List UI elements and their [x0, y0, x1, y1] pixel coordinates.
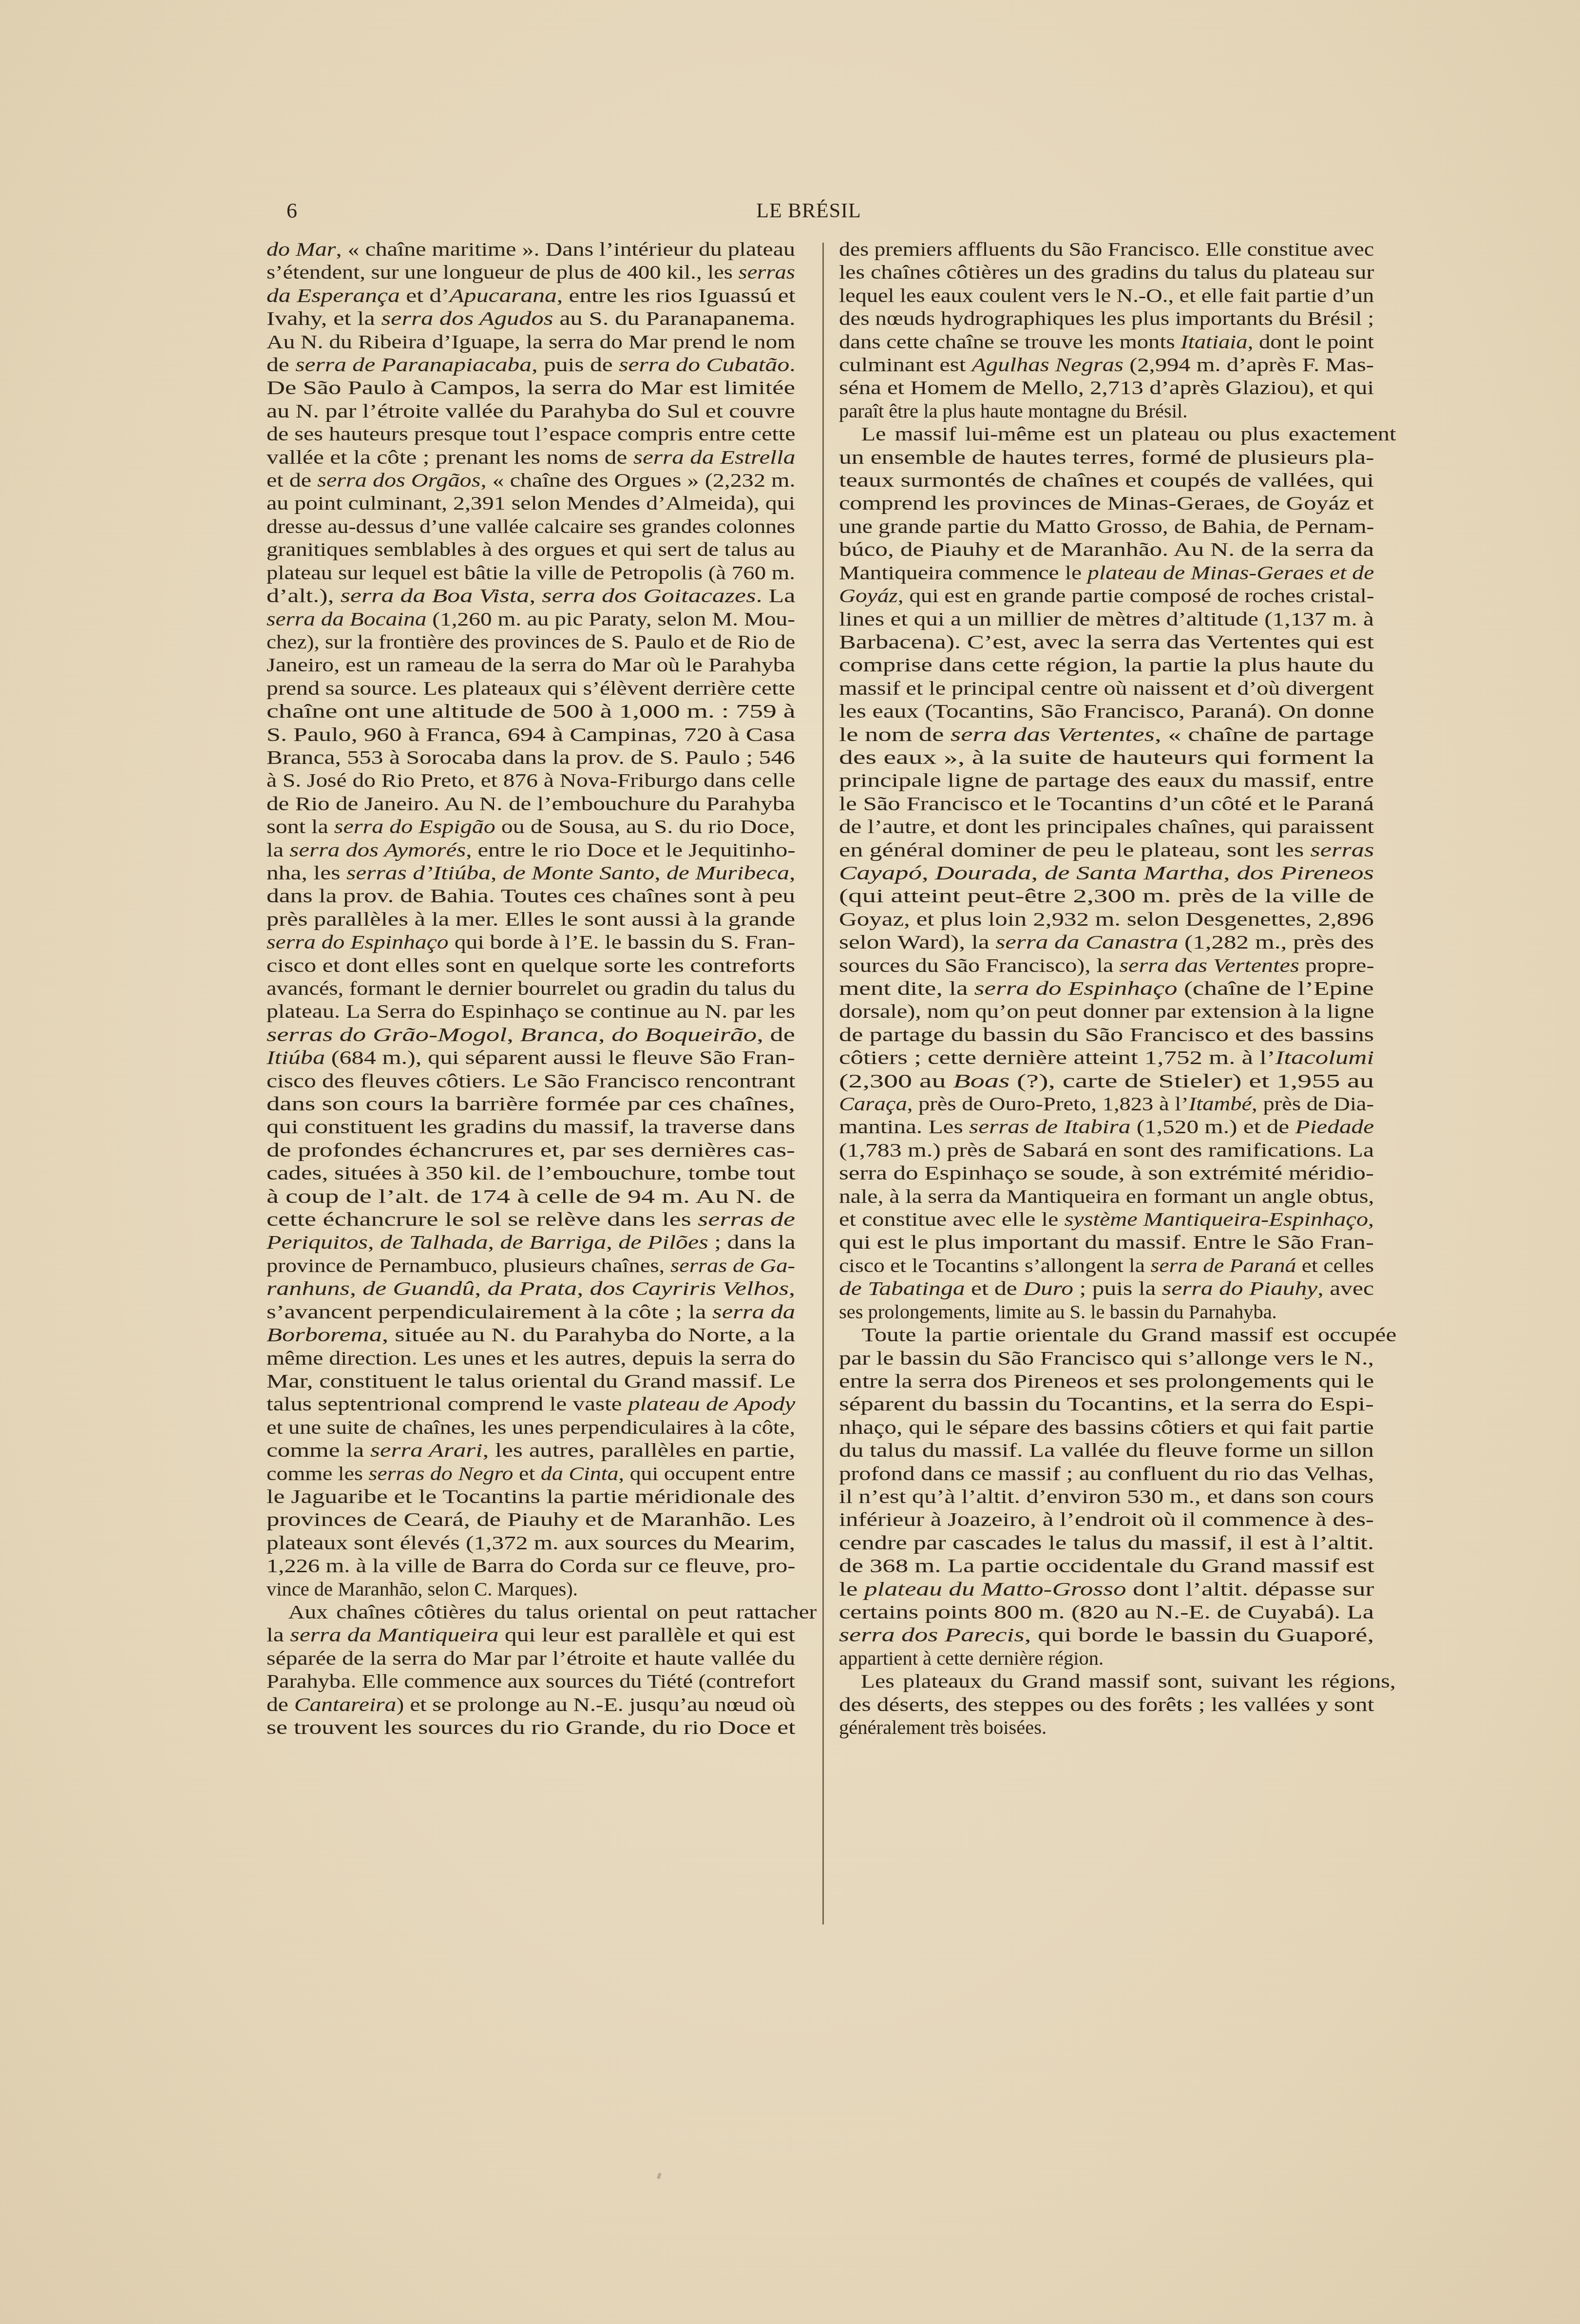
text-line: généralement très boisées. — [839, 1716, 1047, 1739]
text-line: certains points 800 m. (820 au N.-E. de … — [839, 1600, 1374, 1623]
column-divider — [822, 243, 824, 1924]
text-line: une grande partie du Matto Grosso, de Ba… — [839, 515, 1374, 538]
text-line: il n’est qu’à l’altit. d’environ 530 m.,… — [839, 1485, 1374, 1508]
text-line: búco, de Piauhy et de Maranhão. Au N. de… — [839, 538, 1374, 561]
text-line: comme les serras do Negro et da Cinta, q… — [267, 1462, 795, 1485]
text-line: la serra dos Aymorés, entre le rio Doce … — [267, 838, 795, 861]
text-line: et de serra dos Orgãos, « chaîne des Org… — [267, 469, 795, 492]
text-line: sont la serra do Espigão ou de Sousa, au… — [267, 815, 795, 838]
text-line: nha, les serras d’Itiúba, de Monte Santo… — [267, 861, 795, 884]
text-line: nale, à la serra da Mantiqueira en forma… — [839, 1185, 1374, 1208]
text-line: de Rio de Janeiro. Au N. de l’embouchure… — [267, 792, 795, 815]
text-line: cette échancrure le sol se relève dans l… — [267, 1208, 795, 1231]
right-column: des premiers affluents du São Francisco.… — [839, 238, 1374, 1739]
text-line: Le massif lui-même est un plateau ou plu… — [839, 422, 1396, 445]
text-line: au point culminant, 2,391 selon Mendes d… — [267, 492, 795, 514]
text-line: même direction. Les unes et les autres, … — [267, 1347, 795, 1370]
text-line: nhaço, qui le sépare des bassins côtiers… — [839, 1416, 1374, 1439]
text-line: entre la serra dos Pireneos et ses prolo… — [839, 1370, 1374, 1392]
text-line: s’avancent perpendiculairement à la côte… — [267, 1300, 795, 1323]
text-line: Ivahy, et la serra dos Agudos au S. du P… — [267, 307, 795, 330]
text-line: Itiúba (684 m.), qui séparent aussi le f… — [267, 1046, 795, 1069]
text-line: des eaux », à la suite de hauteurs qui f… — [839, 746, 1374, 769]
text-line: Periquitos, de Talhada, de Barriga, de P… — [267, 1231, 795, 1254]
text-line: le Jaguaribe et le Tocantins la partie m… — [267, 1485, 795, 1508]
text-line: lequel les eaux coulent vers le N.-O., e… — [839, 284, 1374, 307]
text-line: de 368 m. La partie occidentale du Grand… — [839, 1554, 1374, 1577]
text-line: des nœuds hydrographiques les plus impor… — [839, 307, 1374, 330]
text-line: les eaux (Tocantins, São Francisco, Para… — [839, 700, 1374, 723]
text-line: le plateau du Matto-Grosso dont l’altit.… — [839, 1578, 1374, 1600]
text-line: les chaînes côtières un des gradins du t… — [839, 261, 1374, 284]
text-line: et constitue avec elle le système Mantiq… — [839, 1208, 1374, 1231]
text-line: inférieur à Joazeiro, à l’endroit où il … — [839, 1508, 1374, 1531]
text-line: de profondes échancrures et, par ses der… — [267, 1139, 795, 1162]
text-line: S. Paulo, 960 à Franca, 694 à Campinas, … — [267, 723, 795, 746]
text-line: le São Francisco et le Tocantins d’un cô… — [839, 792, 1374, 815]
text-line: se trouvent les sources du rio Grande, d… — [267, 1716, 795, 1739]
text-line: ment dite, la serra do Espinhaço (chaîne… — [839, 977, 1374, 1000]
text-line: Mantiqueira commence le plateau de Minas… — [839, 561, 1374, 584]
text-line: da Esperança et d’Apucarana, entre les r… — [267, 284, 795, 307]
text-line: profond dans ce massif ; au confluent du… — [839, 1462, 1374, 1485]
text-line: plateaux sont élevés (1,372 m. aux sourc… — [267, 1531, 795, 1554]
text-line: de partage du bassin du São Francisco et… — [839, 1023, 1374, 1046]
text-line: du talus du massif. La vallée du fleuve … — [839, 1439, 1374, 1462]
text-line: do Mar, « chaîne maritime ». Dans l’inté… — [267, 238, 795, 261]
text-line: cisco et le Tocantins s’allongent la ser… — [839, 1254, 1374, 1277]
text-line: dans cette chaîne se trouve les monts It… — [839, 330, 1374, 353]
text-line: Borborema, située au N. du Parahyba do N… — [267, 1323, 795, 1346]
text-line: cisco des fleuves côtiers. Le São Franci… — [267, 1069, 795, 1092]
text-line: 1,226 m. à la ville de Barra do Corda su… — [267, 1554, 795, 1577]
text-line: Goyáz, qui est en grande partie composé … — [839, 584, 1374, 607]
text-line: serras do Grão-Mogol, Branca, do Boqueir… — [267, 1023, 795, 1046]
text-line: teaux surmontés de chaînes et coupés de … — [839, 469, 1374, 492]
text-line: dorsale), nom qu’on peut donner par exte… — [839, 1000, 1374, 1023]
text-line: d’alt.), serra da Boa Vista, serra dos G… — [267, 584, 795, 607]
text-line: un ensemble de hautes terres, formé de p… — [839, 446, 1374, 469]
text-line: des déserts, des steppes ou des forêts ;… — [839, 1693, 1374, 1716]
text-line: de Tabatinga et de Duro ; puis la serra … — [839, 1277, 1374, 1300]
text-line: à S. José do Rio Preto, et 876 à Nova-Fr… — [267, 769, 795, 792]
text-line: chaîne ont une altitude de 500 à 1,000 m… — [267, 700, 795, 723]
text-line: comprise dans cette région, la partie la… — [839, 653, 1374, 676]
text-line: plateau sur lequel est bâtie la ville de… — [267, 561, 795, 584]
text-line: comme la serra Arari, les autres, parall… — [267, 1439, 795, 1462]
text-line: massif et le principal centre où naissen… — [839, 677, 1374, 700]
text-line: Janeiro, est un rameau de la serra do Ma… — [267, 653, 795, 676]
text-line: sources du São Francisco), la serra das … — [839, 954, 1374, 977]
text-line: de serra de Paranapiacaba, puis de serra… — [267, 353, 795, 376]
text-line: (2,300 au Boas (?), carte de Stieler) et… — [839, 1069, 1374, 1092]
text-line: et une suite de chaînes, les unes perpen… — [267, 1416, 795, 1439]
text-line: cades, situées à 350 kil. de l’embouchur… — [267, 1162, 795, 1184]
text-line: cendre par cascades le talus du massif, … — [839, 1531, 1374, 1554]
text-line: au N. par l’étroite vallée du Parahyba d… — [267, 400, 795, 422]
text-line: (1,783 m.) près de Sabará en sont des ra… — [839, 1139, 1374, 1162]
text-line: chez), sur la frontière des provinces de… — [267, 630, 795, 653]
text-line: paraît être la plus haute montagne du Br… — [839, 400, 1187, 422]
text-line: talus septentrional comprend le vaste pl… — [267, 1392, 795, 1415]
text-line: vallée et la côte ; prenant les noms de … — [267, 446, 795, 469]
text-line: plateau. La Serra do Espinhaço se contin… — [267, 1000, 795, 1023]
text-line: séparent du bassin du Tocantins, et la s… — [839, 1392, 1374, 1415]
text-line: près parallèles à la mer. Elles le sont … — [267, 908, 795, 931]
text-line: Cayapó, Dourada, de Santa Martha, dos Pi… — [839, 861, 1374, 884]
text-line: serra da Bocaina (1,260 m. au pic Paraty… — [267, 608, 795, 630]
text-line: Aux chaînes côtières du talus oriental o… — [267, 1600, 817, 1623]
text-line: comprend les provinces de Minas-Geraes, … — [839, 492, 1374, 514]
text-line: lines et qui a un millier de mètres d’al… — [839, 608, 1374, 630]
text-line: séparée de la serra do Mar par l’étroite… — [267, 1647, 795, 1670]
text-line: dans la prov. de Bahia. Toutes ces chaîn… — [267, 884, 795, 907]
text-line: selon Ward), la serra da Canastra (1,282… — [839, 931, 1374, 953]
text-line: Goyaz, et plus loin 2,932 m. selon Desge… — [839, 908, 1374, 931]
text-line: de ses hauteurs presque tout l’espace co… — [267, 422, 795, 445]
text-line: le nom de serra das Vertentes, « chaîne … — [839, 723, 1374, 746]
text-line: dresse au-dessus d’une vallée calcaire s… — [267, 515, 795, 538]
text-line: provinces de Ceará, de Piauhy et de Mara… — [267, 1508, 795, 1531]
text-line: Au N. du Ribeira d’Iguape, la serra do M… — [267, 330, 795, 353]
text-line: des premiers affluents du São Francisco.… — [839, 238, 1374, 261]
text-line: granitiques semblables à des orgues et q… — [267, 538, 795, 561]
text-line: Barbacena). C’est, avec la serra das Ver… — [839, 630, 1374, 653]
text-line: côtiers ; cette dernière atteint 1,752 m… — [839, 1046, 1374, 1069]
left-column: do Mar, « chaîne maritime ». Dans l’inté… — [267, 238, 795, 1739]
text-line: culminant est Agulhas Negras (2,994 m. d… — [839, 353, 1374, 376]
text-line: avancés, formant le dernier bourrelet ou… — [267, 977, 795, 1000]
text-line: (qui atteint peut-être 2,300 m. près de … — [839, 884, 1374, 907]
text-line: qui est le plus important du massif. Ent… — [839, 1231, 1374, 1254]
text-line: cisco et dont elles sont en quelque sort… — [267, 954, 795, 977]
text-line: vince de Maranhão, selon C. Marques). — [267, 1578, 578, 1600]
text-line: Les plateaux du Grand massif sont, suiva… — [839, 1670, 1396, 1693]
page-number: 6 — [286, 199, 297, 223]
text-line: serra do Espinhaço qui borde à l’E. le b… — [267, 931, 795, 953]
text-line: en général dominer de peu le plateau, so… — [839, 838, 1374, 861]
text-line: prend sa source. Les plateaux qui s’élèv… — [267, 677, 795, 700]
text-line: province de Pernambuco, plusieurs chaîne… — [267, 1254, 795, 1277]
text-line: Caraça, près de Ouro-Preto, 1,823 à l’It… — [839, 1092, 1374, 1115]
text-line: principale ligne de partage des eaux du … — [839, 769, 1374, 792]
text-line: qui constituent les gradins du massif, l… — [267, 1115, 795, 1138]
text-line: Toute la partie orientale du Grand massi… — [839, 1323, 1396, 1346]
text-line: de Cantareira) et se prolonge au N.-E. j… — [267, 1693, 795, 1716]
text-line: serra do Espinhaço se soude, à son extré… — [839, 1162, 1374, 1184]
text-line: dans son cours la barrière formée par ce… — [267, 1092, 795, 1115]
text-line: appartient à cette dernière région. — [839, 1647, 1104, 1670]
text-line: par le bassin du São Francisco qui s’all… — [839, 1347, 1374, 1370]
text-line: Parahyba. Elle commence aux sources du T… — [267, 1670, 795, 1693]
paper-speck — [657, 2172, 662, 2179]
text-line: mantina. Les serras de Itabira (1,520 m.… — [839, 1115, 1374, 1138]
text-line: De São Paulo à Campos, la serra do Mar e… — [267, 376, 795, 399]
text-line: à coup de l’alt. de 174 à celle de 94 m.… — [267, 1185, 795, 1208]
text-line: serra dos Parecis, qui borde le bassin d… — [839, 1623, 1374, 1646]
text-line: ranhuns, de Guandû, da Prata, dos Cayrir… — [267, 1277, 795, 1300]
text-line: la serra da Mantiqueira qui leur est par… — [267, 1623, 795, 1646]
text-line: ses prolongements, limite au S. le bassi… — [839, 1300, 1277, 1323]
text-line: Mar, constituent le talus oriental du Gr… — [267, 1370, 795, 1392]
text-line: séna et Homem de Mello, 2,713 d’après Gl… — [839, 376, 1374, 399]
text-line: s’étendent, sur une longueur de plus de … — [267, 261, 795, 284]
text-line: Branca, 553 à Sorocaba dans la prov. de … — [267, 746, 795, 769]
running-title: LE BRÉSIL — [726, 199, 892, 223]
text-line: de l’autre, et dont les principales chaî… — [839, 815, 1374, 838]
